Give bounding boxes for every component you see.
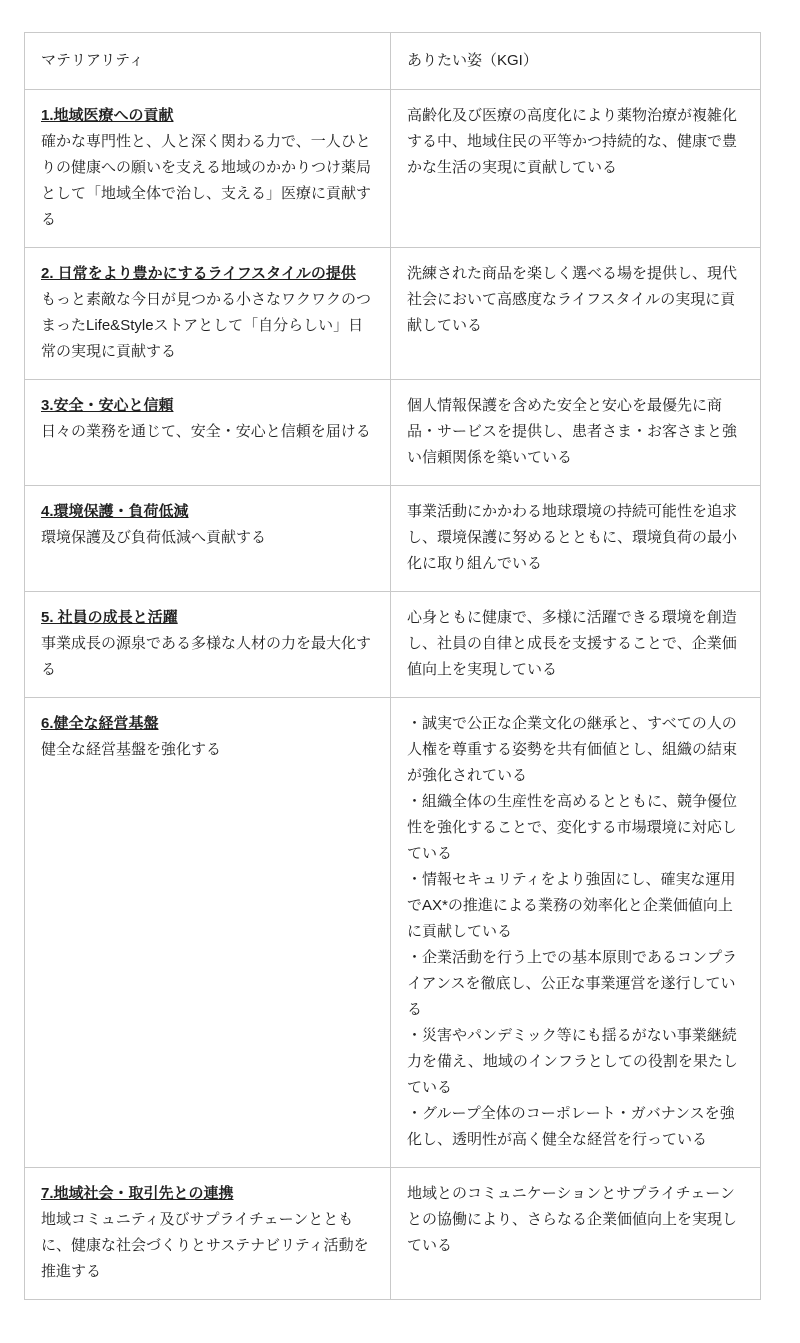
table-row: 2. 日常をより豊かにするライフスタイルの提供 もっと素敵な今日が見つかる小さな…	[25, 248, 761, 380]
materiality-title: 2. 日常をより豊かにするライフスタイルの提供	[41, 261, 374, 287]
materiality-description: 事業成長の源泉である多様な人材の力を最大化する	[41, 631, 374, 683]
kgi-cell: 心身ともに健康で、多様に活躍できる環境を創造し、社員の自律と成長を支援することで…	[391, 592, 761, 698]
kgi-item: ・組織全体の生産性を高めるとともに、競争優位性を強化することで、変化する市場環境…	[407, 789, 744, 867]
materiality-cell: 4.環境保護・負荷低減 環境保護及び負荷低減へ貢献する	[25, 486, 391, 592]
kgi-item: ・災害やパンデミック等にも揺るがない事業継続力を備え、地域のインフラとしての役割…	[407, 1023, 744, 1101]
materiality-title: 7.地域社会・取引先との連携	[41, 1181, 374, 1207]
table-row: 3.安全・安心と信頼 日々の業務を通じて、安全・安心と信頼を届ける 個人情報保護…	[25, 380, 761, 486]
materiality-cell: 1.地域医療への貢献 確かな専門性と、人と深く関わる力で、一人ひとりの健康への願…	[25, 90, 391, 248]
kgi-cell: 地域とのコミュニケーションとサプライチェーンとの協働により、さらなる企業価値向上…	[391, 1168, 761, 1300]
materiality-description: 環境保護及び負荷低減へ貢献する	[41, 525, 374, 551]
table-row: 1.地域医療への貢献 確かな専門性と、人と深く関わる力で、一人ひとりの健康への願…	[25, 90, 761, 248]
kgi-cell: 高齢化及び医療の高度化により薬物治療が複雑化する中、地域住民の平等かつ持続的な、…	[391, 90, 761, 248]
header-kgi: ありたい姿（KGI）	[391, 33, 761, 90]
kgi-item: ・グループ全体のコーポレート・ガバナンスを強化し、透明性が高く健全な経営を行って…	[407, 1101, 744, 1153]
kgi-cell: 事業活動にかかわる地球環境の持続可能性を追求し、環境保護に努めるとともに、環境負…	[391, 486, 761, 592]
kgi-item: ・企業活動を行う上での基本原則であるコンプライアンスを徹底し、公正な事業運営を遂…	[407, 945, 744, 1023]
materiality-title: 5. 社員の成長と活躍	[41, 605, 374, 631]
materiality-table: マテリアリティ ありたい姿（KGI） 1.地域医療への貢献 確かな専門性と、人と…	[24, 32, 761, 1300]
materiality-cell: 5. 社員の成長と活躍 事業成長の源泉である多様な人材の力を最大化する	[25, 592, 391, 698]
table-row: 7.地域社会・取引先との連携 地域コミュニティ及びサプライチェーンとともに、健康…	[25, 1168, 761, 1300]
kgi-text: 洗練された商品を楽しく選べる場を提供し、現代社会において高感度なライフスタイルの…	[407, 261, 744, 339]
table-row: 4.環境保護・負荷低減 環境保護及び負荷低減へ貢献する 事業活動にかかわる地球環…	[25, 486, 761, 592]
table-row: 5. 社員の成長と活躍 事業成長の源泉である多様な人材の力を最大化する 心身とも…	[25, 592, 761, 698]
materiality-title: 1.地域医療への貢献	[41, 103, 374, 129]
kgi-text: 個人情報保護を含めた安全と安心を最優先に商品・サービスを提供し、患者さま・お客さ…	[407, 393, 744, 471]
kgi-cell: ・誠実で公正な企業文化の継承と、すべての人の人権を尊重する姿勢を共有価値とし、組…	[391, 698, 761, 1168]
materiality-description: 日々の業務を通じて、安全・安心と信頼を届ける	[41, 419, 374, 445]
header-materiality: マテリアリティ	[25, 33, 391, 90]
materiality-title: 6.健全な経営基盤	[41, 711, 374, 737]
materiality-cell: 2. 日常をより豊かにするライフスタイルの提供 もっと素敵な今日が見つかる小さな…	[25, 248, 391, 380]
kgi-cell: 洗練された商品を楽しく選べる場を提供し、現代社会において高感度なライフスタイルの…	[391, 248, 761, 380]
kgi-item-list: ・誠実で公正な企業文化の継承と、すべての人の人権を尊重する姿勢を共有価値とし、組…	[407, 711, 744, 1153]
materiality-description: もっと素敵な今日が見つかる小さなワクワクのつまったLife&Styleストアとし…	[41, 287, 374, 365]
materiality-cell: 3.安全・安心と信頼 日々の業務を通じて、安全・安心と信頼を届ける	[25, 380, 391, 486]
kgi-item: ・情報セキュリティをより強固にし、確実な運用でAX*の推進による業務の効率化と企…	[407, 867, 744, 945]
materiality-cell: 6.健全な経営基盤 健全な経営基盤を強化する	[25, 698, 391, 1168]
materiality-title: 3.安全・安心と信頼	[41, 393, 374, 419]
table-header-row: マテリアリティ ありたい姿（KGI）	[25, 33, 761, 90]
kgi-item: ・誠実で公正な企業文化の継承と、すべての人の人権を尊重する姿勢を共有価値とし、組…	[407, 711, 744, 789]
table-row: 6.健全な経営基盤 健全な経営基盤を強化する ・誠実で公正な企業文化の継承と、す…	[25, 698, 761, 1168]
kgi-cell: 個人情報保護を含めた安全と安心を最優先に商品・サービスを提供し、患者さま・お客さ…	[391, 380, 761, 486]
materiality-description: 確かな専門性と、人と深く関わる力で、一人ひとりの健康への願いを支える地域のかかり…	[41, 129, 374, 233]
page: マテリアリティ ありたい姿（KGI） 1.地域医療への貢献 確かな専門性と、人と…	[0, 0, 800, 1343]
materiality-title: 4.環境保護・負荷低減	[41, 499, 374, 525]
kgi-text: 事業活動にかかわる地球環境の持続可能性を追求し、環境保護に努めるとともに、環境負…	[407, 499, 744, 577]
kgi-text: 高齢化及び医療の高度化により薬物治療が複雑化する中、地域住民の平等かつ持続的な、…	[407, 103, 744, 181]
materiality-cell: 7.地域社会・取引先との連携 地域コミュニティ及びサプライチェーンとともに、健康…	[25, 1168, 391, 1300]
materiality-description: 地域コミュニティ及びサプライチェーンとともに、健康な社会づくりとサステナビリティ…	[41, 1207, 374, 1285]
kgi-text: 心身ともに健康で、多様に活躍できる環境を創造し、社員の自律と成長を支援することで…	[407, 605, 744, 683]
materiality-description: 健全な経営基盤を強化する	[41, 737, 374, 763]
kgi-text: 地域とのコミュニケーションとサプライチェーンとの協働により、さらなる企業価値向上…	[407, 1181, 744, 1259]
